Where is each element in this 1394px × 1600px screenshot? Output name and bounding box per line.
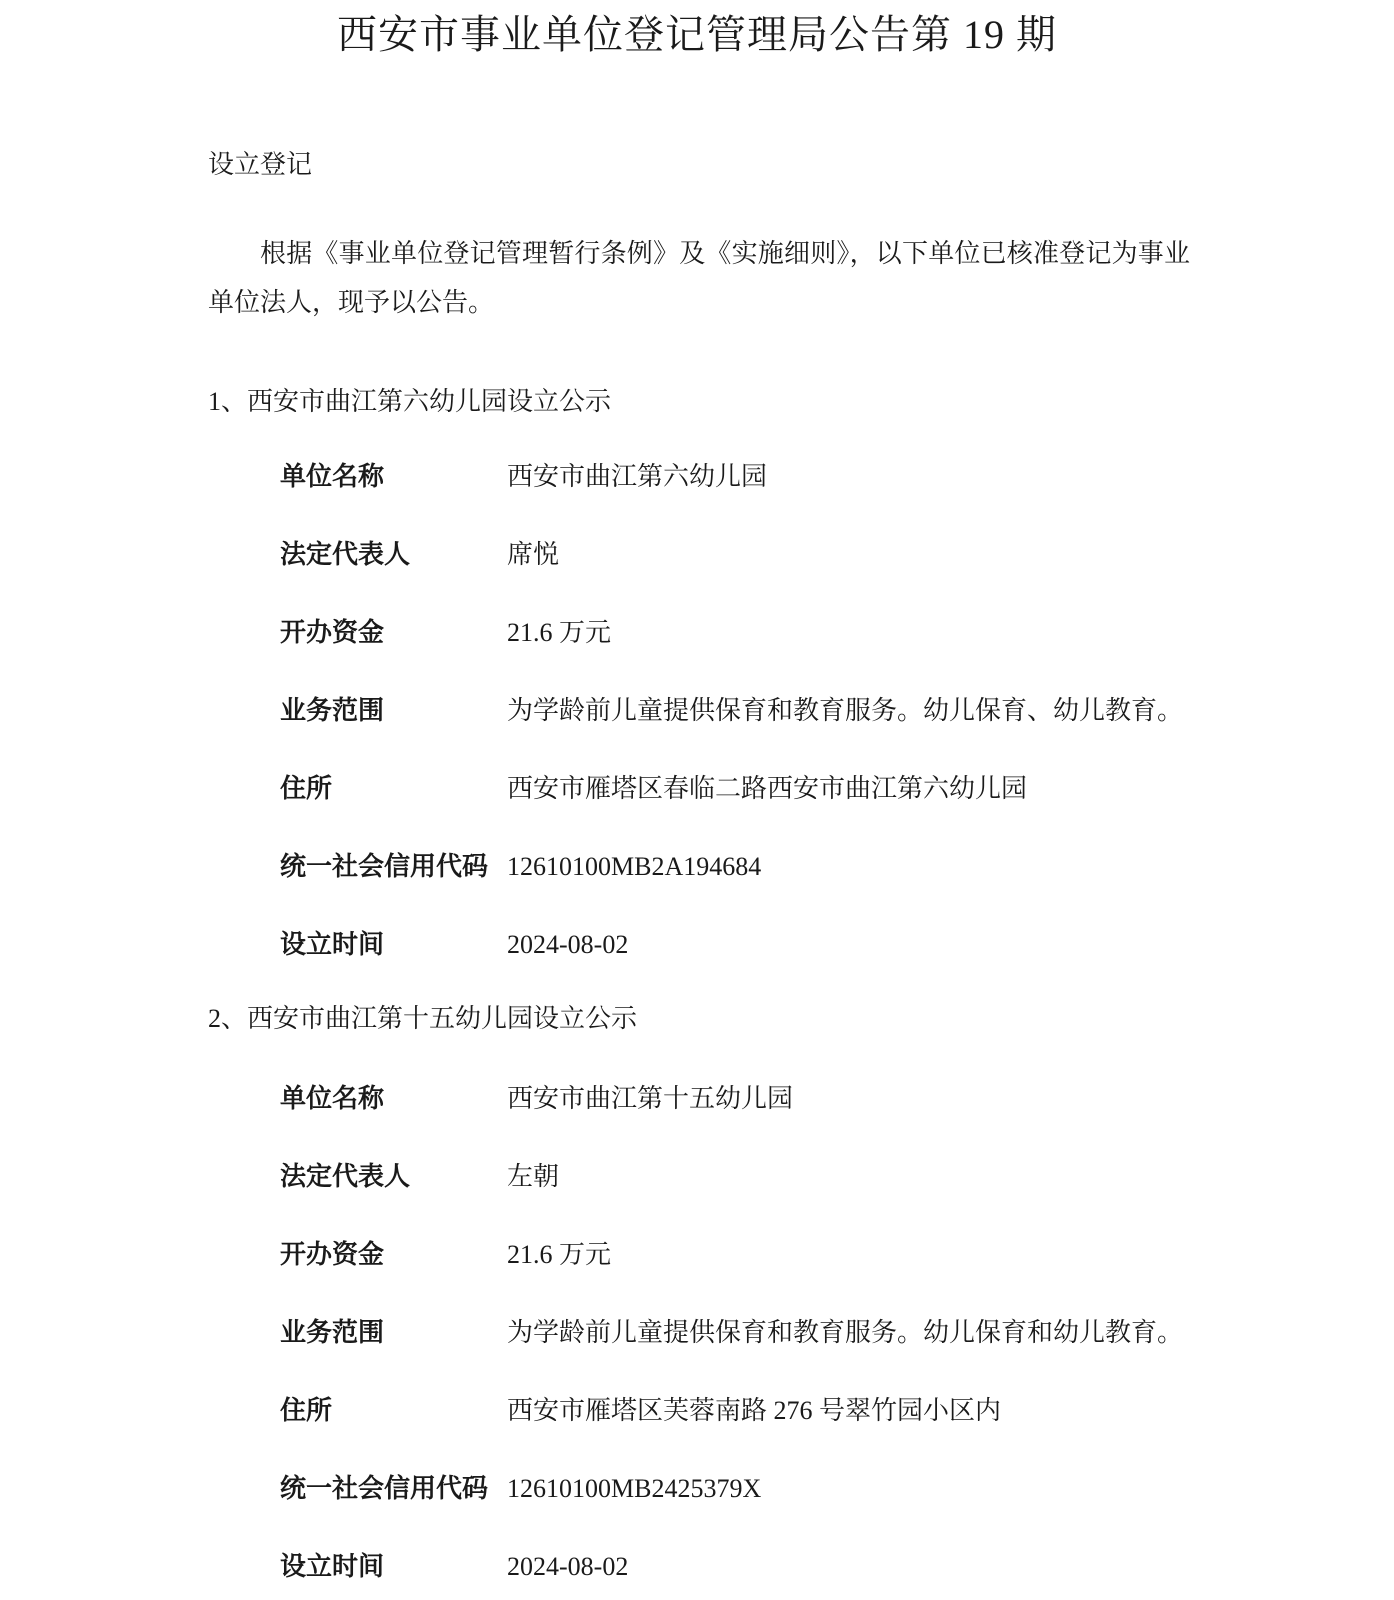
field-value: 12610100MB2A194684 xyxy=(507,850,1334,884)
field-row-legal-representative: 法定代表人 席悦 xyxy=(280,538,1334,572)
field-row-establish-date: 设立时间 2024-08-02 xyxy=(280,928,1334,962)
field-value: 12610100MB2425379X xyxy=(507,1472,1334,1506)
intro-paragraph: 根据《事业单位登记管理暂行条例》及《实施细则》，以下单位已核准登记为事业单位法人… xyxy=(208,229,1190,327)
field-label: 单位名称 xyxy=(280,460,507,494)
field-value: 为学龄前儿童提供保育和教育服务。幼儿保育、幼儿教育。 xyxy=(507,694,1334,728)
field-row-credit-code: 统一社会信用代码 12610100MB2A194684 xyxy=(280,850,1334,884)
field-row-unit-name: 单位名称 西安市曲江第六幼儿园 xyxy=(280,460,1334,494)
field-row-unit-name: 单位名称 西安市曲江第十五幼儿园 xyxy=(280,1082,1334,1116)
field-label: 业务范围 xyxy=(280,1316,507,1350)
field-value: 2024-08-02 xyxy=(507,1550,1334,1584)
field-value: 西安市曲江第十五幼儿园 xyxy=(507,1082,1334,1116)
field-label: 业务范围 xyxy=(280,694,507,728)
field-row-address: 住所 西安市雁塔区春临二路西安市曲江第六幼儿园 xyxy=(280,772,1334,806)
field-value: 2024-08-02 xyxy=(507,928,1334,962)
field-label: 住所 xyxy=(280,772,507,806)
field-value: 西安市雁塔区芙蓉南路 276 号翠竹园小区内 xyxy=(507,1394,1334,1428)
field-label: 开办资金 xyxy=(280,616,507,650)
field-row-business-scope: 业务范围 为学龄前儿童提供保育和教育服务。幼儿保育和幼儿教育。 xyxy=(280,1316,1334,1350)
field-value: 左朝 xyxy=(507,1160,1334,1194)
announcement-document-page: 西安市事业单位登记管理局公告第 19 期 设立登记 根据《事业单位登记管理暂行条… xyxy=(0,0,1394,1600)
field-label: 设立时间 xyxy=(280,928,507,962)
field-value: 西安市曲江第六幼儿园 xyxy=(507,460,1334,494)
field-label: 法定代表人 xyxy=(280,538,507,572)
field-label: 开办资金 xyxy=(280,1238,507,1272)
field-row-opening-funds: 开办资金 21.6 万元 xyxy=(280,616,1334,650)
field-label: 单位名称 xyxy=(280,1082,507,1116)
field-label: 统一社会信用代码 xyxy=(280,1472,507,1506)
field-row-business-scope: 业务范围 为学龄前儿童提供保育和教育服务。幼儿保育、幼儿教育。 xyxy=(280,694,1334,728)
field-value: 为学龄前儿童提供保育和教育服务。幼儿保育和幼儿教育。 xyxy=(507,1316,1334,1350)
entry-1-heading: 1、西安市曲江第六幼儿园设立公示 xyxy=(208,385,611,419)
field-row-address: 住所 西安市雁塔区芙蓉南路 276 号翠竹园小区内 xyxy=(280,1394,1334,1428)
field-label: 法定代表人 xyxy=(280,1160,507,1194)
entry-2-heading: 2、西安市曲江第十五幼儿园设立公示 xyxy=(208,1002,637,1036)
field-value: 21.6 万元 xyxy=(507,1238,1334,1272)
field-row-legal-representative: 法定代表人 左朝 xyxy=(280,1160,1334,1194)
field-value: 21.6 万元 xyxy=(507,616,1334,650)
field-row-establish-date: 设立时间 2024-08-02 xyxy=(280,1550,1334,1584)
field-label: 住所 xyxy=(280,1394,507,1428)
doc-title: 西安市事业单位登记管理局公告第 19 期 xyxy=(0,8,1394,62)
field-row-opening-funds: 开办资金 21.6 万元 xyxy=(280,1238,1334,1272)
field-value: 西安市雁塔区春临二路西安市曲江第六幼儿园 xyxy=(507,772,1334,806)
field-row-credit-code: 统一社会信用代码 12610100MB2425379X xyxy=(280,1472,1334,1506)
field-value: 席悦 xyxy=(507,538,1334,572)
field-label: 统一社会信用代码 xyxy=(280,850,507,884)
section-heading: 设立登记 xyxy=(208,148,312,182)
field-label: 设立时间 xyxy=(280,1550,507,1584)
